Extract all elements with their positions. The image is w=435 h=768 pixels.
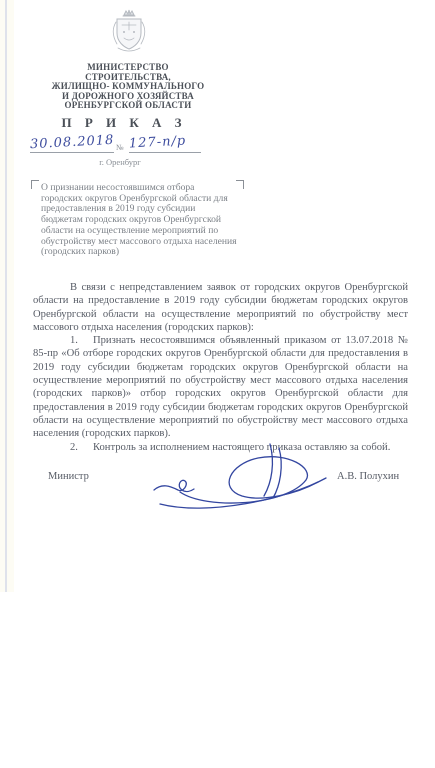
handwritten-date: 30.08.2018 (30, 133, 115, 152)
subject-block: О признании несостоявшимся отбора городс… (41, 183, 237, 258)
handwritten-number: 127-п/р (128, 134, 186, 152)
ministry-line: ОРЕНБУРГСКОЙ ОБЛАСТИ (0, 101, 256, 111)
subject-corner-mark-right (236, 180, 244, 189)
signer-name: А.В. Полухин (337, 471, 399, 482)
date-underline: 30.08.2018 (30, 134, 114, 153)
signer-position: Министр (48, 471, 89, 482)
subject-text: О признании несостоявшимся отбора городс… (41, 182, 237, 257)
ministry-name-block: МИНИСТЕРСТВО СТРОИТЕЛЬСТВА, ЖИЛИЩНО- КОМ… (0, 63, 256, 111)
date-number-row: 30.08.2018№127-п/р (30, 134, 201, 156)
intro-paragraph: В связи с непредставлением заявок от гор… (33, 281, 408, 334)
item-2-number: 2. (70, 442, 78, 453)
document-type-title: П Р И К А З (0, 115, 248, 131)
number-underline: 127-п/р (129, 134, 201, 153)
scanned-order-document: МИНИСТЕРСТВО СТРОИТЕЛЬСТВА, ЖИЛИЩНО- КОМ… (0, 0, 435, 768)
signature-scribble-icon (146, 438, 330, 512)
subject-corner-mark-left (31, 180, 39, 189)
city-line: г. Оренбург (0, 157, 240, 167)
number-sign: № (114, 143, 125, 153)
item-1-number: 1. (70, 335, 78, 346)
item-1-text: Признать несостоявшимся объявленный прик… (33, 335, 408, 439)
order-body: В связи с непредставлением заявок от гор… (33, 281, 408, 454)
order-item-1: 1.Признать несостоявшимся объявленный пр… (33, 334, 408, 440)
coat-of-arms-icon (104, 8, 154, 54)
